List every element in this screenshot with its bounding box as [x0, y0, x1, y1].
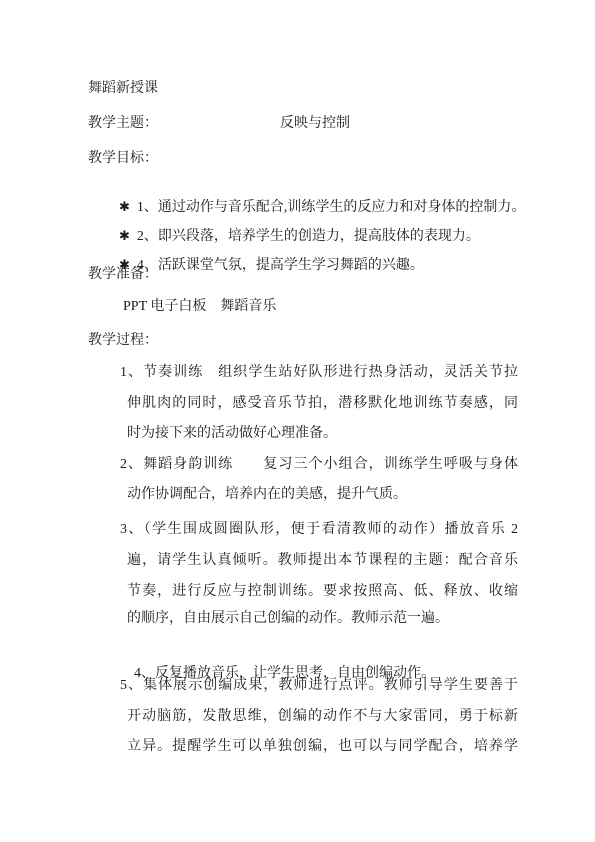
goal-text: 4、活跃课堂气氛，提高学生学习舞蹈的兴趣。	[137, 258, 424, 273]
process-line: 立异。提醒学生可以单独创编，也可以与同学配合，培养学	[127, 737, 518, 757]
process-line: 1、节奏训练 组织学生站好队形进行热身活动，灵活关节拉	[120, 363, 518, 383]
goal-item: ✱4、活跃课堂气氛，提高学生学习舞蹈的兴趣。	[105, 235, 424, 255]
list-number: 3、	[120, 522, 144, 537]
process-line: 伸肌肉的同时，感受音乐节拍，潜移默化地训练节奏感，同	[127, 394, 518, 414]
process-line: 3、（学生围成圆圈队形，便于看清教师的动作）播放音乐 2	[120, 520, 518, 540]
line-text: （学生围成圆圈队形，便于看清教师的动作）播放音乐 2	[144, 522, 518, 537]
goal-item: ✱1、通过动作与音乐配合,训练学生的反应力和对身体的控制力。	[105, 177, 525, 197]
process-line: 时为接下来的活动做好心理准备。	[127, 424, 337, 444]
preparation-heading: 教学准备：	[88, 265, 158, 285]
subject-value: 反映与控制	[280, 114, 350, 134]
process-line: 节奏，进行反应与控制训练。要求按照高、低、释放、收缩	[127, 582, 518, 602]
process-line: 4、反复播放音乐，让学生思考，自由创编动作。	[120, 644, 435, 664]
line-text: 集体展示创编成果，教师进行点评。教师引导学生要善于	[143, 678, 518, 693]
line-text: 节奏训练 组织学生站好队形进行热身活动，灵活关节拉	[143, 365, 518, 380]
process-heading: 教学过程：	[88, 331, 158, 351]
list-number: 2、	[120, 457, 143, 472]
process-line: 5、集体展示创编成果，教师进行点评。教师引导学生要善于	[120, 676, 518, 696]
subject-label: 教学主题：	[88, 114, 158, 134]
process-line: 的顺序，自由展示自己创编的动作。教师示范一遍。	[127, 609, 449, 629]
preparation-content: PPT 电子白板 舞蹈音乐	[123, 297, 276, 317]
process-line: 2、舞蹈身韵训练 复习三个小组合，训练学生呼吸与身体	[120, 455, 518, 475]
line-text: 舞蹈身韵训练 复习三个小组合，训练学生呼吸与身体	[143, 457, 518, 472]
goal-item: ✱2、即兴段落，培养学生的创造力，提高肢体的表现力。	[105, 206, 480, 226]
process-line: 动作协调配合，培养内在的美感，提升气质。	[127, 485, 407, 505]
list-number: 5、	[120, 678, 143, 693]
process-line: 开动脑筋，发散思维，创编的动作不与大家雷同，勇于标新	[127, 707, 518, 727]
list-number: 1、	[120, 365, 143, 380]
document-page: 舞蹈新授课 教学主题： 反映与控制 教学目标： ✱1、通过动作与音乐配合,训练学…	[0, 0, 595, 842]
process-line: 遍，请学生认真倾听。教师提出本节课程的主题：配合音乐	[127, 551, 518, 571]
goals-heading: 教学目标：	[88, 149, 158, 169]
document-title: 舞蹈新授课	[88, 79, 158, 99]
